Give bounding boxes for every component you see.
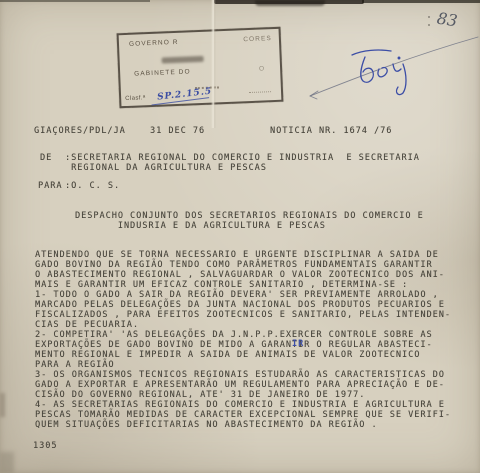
from-value: :SECRETARIA REGIONAL DO COMERCIO E INDUS…	[65, 153, 420, 173]
origin-code: GIAÇORES/PDL/JA	[34, 126, 126, 136]
scan-edge-artifact	[0, 0, 150, 2]
paper-smudge	[0, 452, 14, 473]
to-label: PARA	[38, 181, 62, 191]
date: 31 DEC 76	[150, 126, 205, 136]
notice-number: NOTICIA NR. 1674 /76	[270, 126, 392, 136]
stamp-office-line: GABINETE DO O	[134, 68, 191, 77]
ink-dot	[428, 16, 430, 18]
signature-scribble	[308, 35, 480, 105]
subject-heading: DESPACHO CONJUNTO DOS SECRETARIOS REGION…	[75, 211, 424, 231]
dispatch-body-text: ATENDENDO QUE SE TORNA NECESSARIO E URGE…	[35, 250, 451, 430]
stamp-org-right: CORES	[243, 35, 272, 43]
stamp-class-label: Clasf.ª	[125, 95, 146, 102]
from-label: DE	[40, 153, 52, 163]
stamp-office-label: GABINETE DO	[134, 68, 191, 77]
footer-code: 1305	[33, 441, 57, 451]
blue-ink-signature	[352, 50, 406, 95]
scan-edge-artifact	[255, 0, 325, 6]
stamp-office-fragment: O	[259, 65, 265, 72]
ink-dot	[428, 24, 430, 26]
official-stamp: GOVERNO R CORES GABINETE DO O Clasf.ª SP…	[117, 27, 284, 109]
arrow-left-icon	[310, 91, 318, 99]
stamp-org-line: GOVERNO R CORES	[119, 35, 279, 48]
paper-smudge	[0, 393, 5, 417]
scanned-telegram-page: GOVERNO R CORES GABINETE DO O Clasf.ª SP…	[0, 0, 480, 473]
to-value: :O. C. S.	[65, 181, 120, 191]
pen-correction-overlay: IR	[292, 339, 304, 349]
scan-edge-artifact	[362, 0, 480, 3]
paper-fold-crease	[211, 0, 216, 128]
handwritten-page-number: 83	[436, 9, 459, 31]
stamp-org-left: GOVERNO R	[129, 39, 179, 48]
stamp-illegible-text	[162, 56, 204, 64]
